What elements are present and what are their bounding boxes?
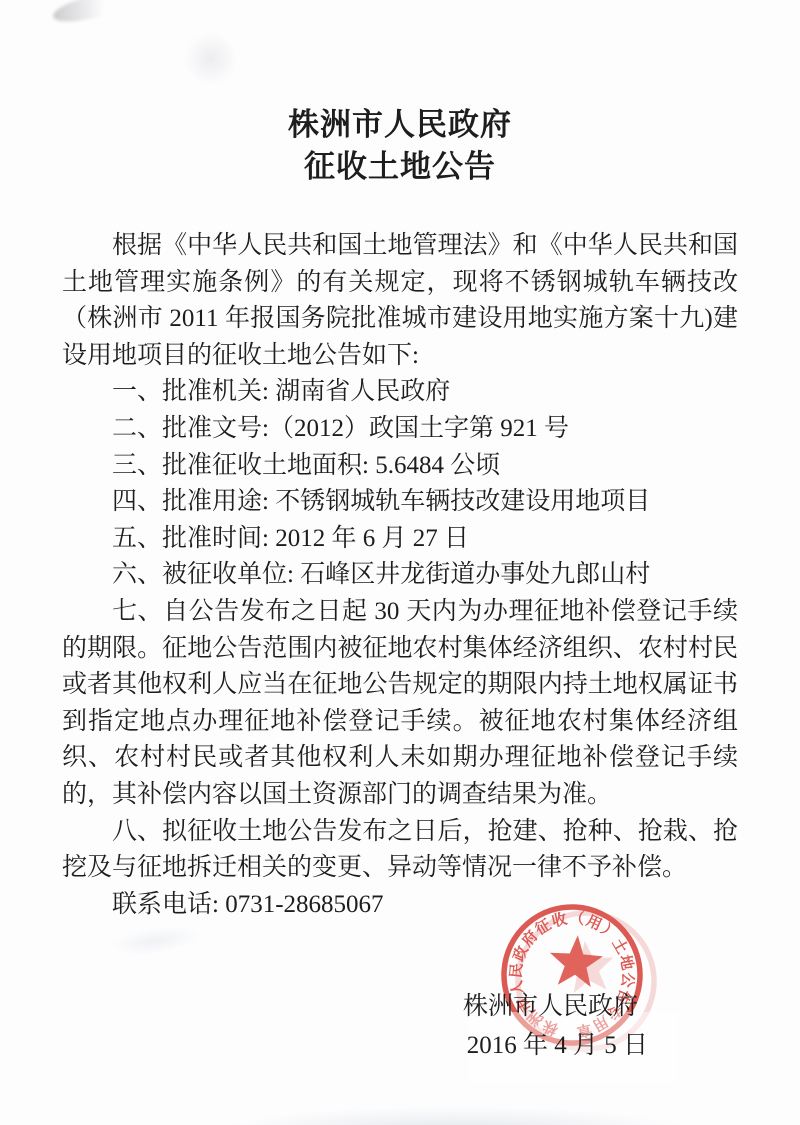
intro-paragraph: 根据《中华人民共和国土地管理法》和《中华人民共和国土地管理实施条例》的有关规定，… bbox=[62, 228, 738, 374]
scan-smudge-mid bbox=[109, 922, 202, 960]
item-approving-authority: 一、批准机关: 湖南省人民政府 bbox=[62, 374, 738, 411]
signature-issuer: 株洲市人民政府 bbox=[463, 986, 638, 1022]
title-line-1: 株洲市人民政府 bbox=[0, 104, 800, 146]
item-approval-number: 二、批准文号:（2012）政国土字第 921 号 bbox=[62, 411, 738, 448]
item-registration-terms: 七、自公告发布之日起 30 天内为办理征地补偿登记手续的期限。征地公告范围内被征… bbox=[62, 594, 738, 814]
item-approved-area: 三、批准征收土地面积: 5.6484 公顷 bbox=[62, 448, 738, 485]
signature-date: 2016 年 4 月 5 日 bbox=[467, 1025, 648, 1061]
document-body: 根据《中华人民共和国土地管理法》和《中华人民共和国土地管理实施条例》的有关规定，… bbox=[62, 228, 738, 923]
item-approved-use: 四、批准用途: 不锈钢城轨车辆技改建设用地项目 bbox=[62, 484, 738, 521]
title-line-2: 征收土地公告 bbox=[0, 146, 800, 188]
item-approval-date: 五、批准时间: 2012 年 6 月 27 日 bbox=[62, 521, 738, 558]
scan-smudge-bottom bbox=[220, 1107, 690, 1125]
item-expropriated-unit: 六、被征收单位: 石峰区井龙街道办事处九郎山村 bbox=[62, 557, 738, 594]
document-page: 株洲市人民政府 征收土地公告 根据《中华人民共和国土地管理法》和《中华人民共和国… bbox=[0, 0, 800, 1125]
document-title: 株洲市人民政府 征收土地公告 bbox=[0, 0, 800, 188]
